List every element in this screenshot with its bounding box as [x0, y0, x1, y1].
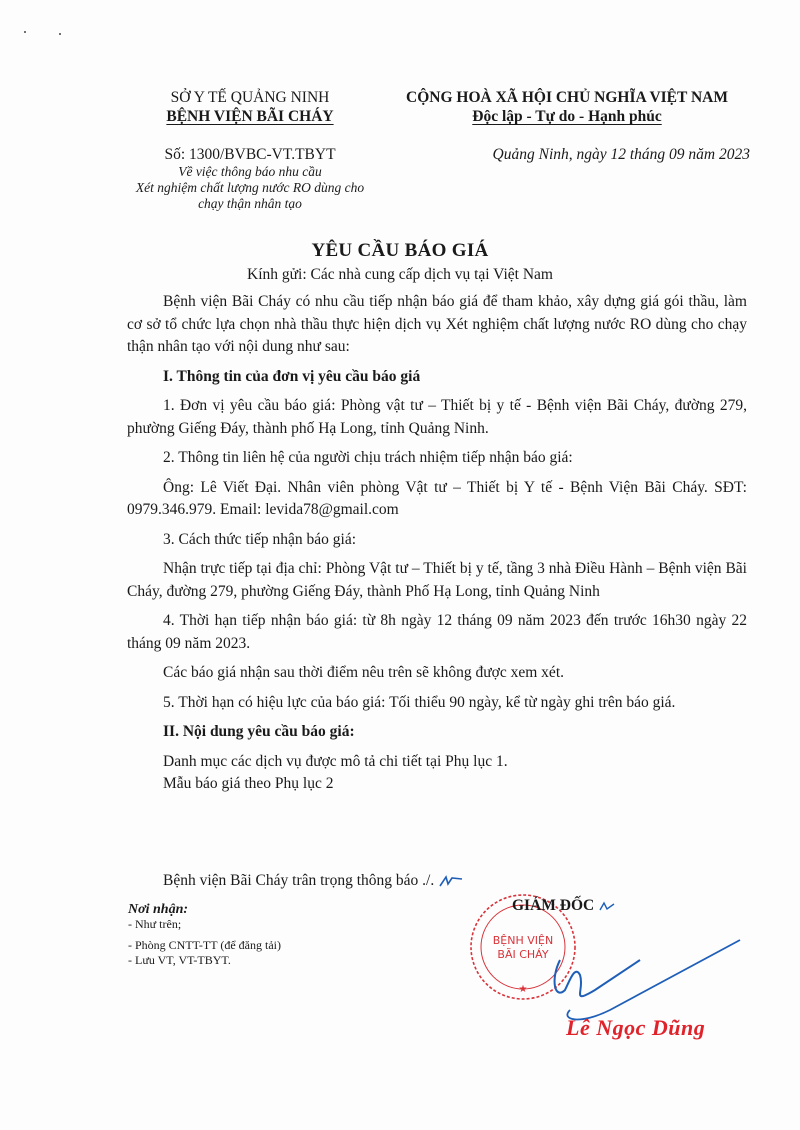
national-header: CỘNG HOÀ XÃ HỘI CHỦ NGHĨA VIỆT NAM Độc l… — [372, 88, 762, 126]
recipient-item: - Như trên; — [128, 917, 281, 932]
document-number: Số: 1300/BVBC-VT.TBYT — [120, 146, 380, 164]
country-name: CỘNG HOÀ XÃ HỘI CHỦ NGHĨA VIỆT NAM — [372, 88, 762, 107]
department-name: SỞ Y TẾ QUẢNG NINH — [120, 88, 380, 107]
scan-speck — [24, 31, 26, 33]
addressee: Kính gửi: Các nhà cung cấp dịch vụ tại V… — [0, 266, 800, 284]
initial-mark-icon — [598, 900, 616, 912]
hospital-name: BỆNH VIỆN BÃI CHÁY — [120, 107, 380, 126]
section-2-heading: II. Nội dung yêu cầu báo giá: — [127, 721, 747, 744]
motto: Độc lập - Tự do - Hạnh phúc — [372, 107, 762, 126]
recipients-block: Nơi nhận: - Như trên; - Phòng CNTT-TT (đ… — [128, 902, 281, 968]
scan-speck — [59, 33, 61, 35]
section-1-item: 5. Thời hạn có hiệu lực của báo giá: Tối… — [127, 692, 747, 715]
signer-name: Lê Ngọc Dũng — [566, 1015, 705, 1041]
section-2-item: Mẫu báo giá theo Phụ lục 2 — [127, 773, 747, 796]
recipient-item: - Phòng CNTT-TT (để đăng tải) — [128, 938, 281, 953]
section-1-item: 1. Đơn vị yêu cầu báo giá: Phòng vật tư … — [127, 395, 747, 440]
section-1-heading: I. Thông tin của đơn vị yêu cầu báo giá — [127, 366, 747, 389]
signature-icon — [540, 920, 770, 1030]
issuer-block: SỞ Y TẾ QUẢNG NINH BỆNH VIỆN BÃI CHÁY — [120, 88, 380, 126]
signer-position: GIÁM ĐỐC — [512, 897, 616, 915]
intro-paragraph: Bệnh viện Bãi Cháy có nhu cầu tiếp nhận … — [127, 291, 747, 359]
closing-line: Bệnh viện Bãi Cháy trân trọng thông báo … — [163, 872, 464, 890]
recipient-item: - Lưu VT, VT-TBYT. — [128, 953, 281, 968]
section-2-item: Danh mục các dịch vụ được mô tả chi tiết… — [127, 751, 747, 774]
document-body: Bệnh viện Bãi Cháy có nhu cầu tiếp nhận … — [127, 291, 747, 803]
section-1-item: Ông: Lê Viết Đại. Nhân viên phòng Vật tư… — [127, 477, 747, 522]
subject-line: chạy thận nhân tạo — [100, 196, 400, 212]
section-1-item: 2. Thông tin liên hệ của người chịu trác… — [127, 447, 747, 470]
document-subject: Về việc thông báo nhu cầu Xét nghiệm chấ… — [100, 164, 400, 212]
section-1-item: 3. Cách thức tiếp nhận báo giá: — [127, 529, 747, 552]
svg-text:★: ★ — [519, 984, 528, 995]
place-date: Quảng Ninh, ngày 12 tháng 09 năm 2023 — [450, 146, 750, 164]
initial-mark-icon — [438, 874, 464, 888]
section-1-item: 4. Thời hạn tiếp nhận báo giá: từ 8h ngà… — [127, 610, 747, 655]
section-1-item: Nhận trực tiếp tại địa chỉ: Phòng Vật tư… — [127, 558, 747, 603]
section-1-item: Các báo giá nhận sau thời điểm nêu trên … — [127, 662, 747, 685]
subject-line: Về việc thông báo nhu cầu — [100, 164, 400, 180]
recipients-heading: Nơi nhận: — [128, 902, 281, 917]
document-title: YÊU CẦU BÁO GIÁ — [0, 240, 800, 262]
subject-line: Xét nghiệm chất lượng nước RO dùng cho — [100, 180, 400, 196]
